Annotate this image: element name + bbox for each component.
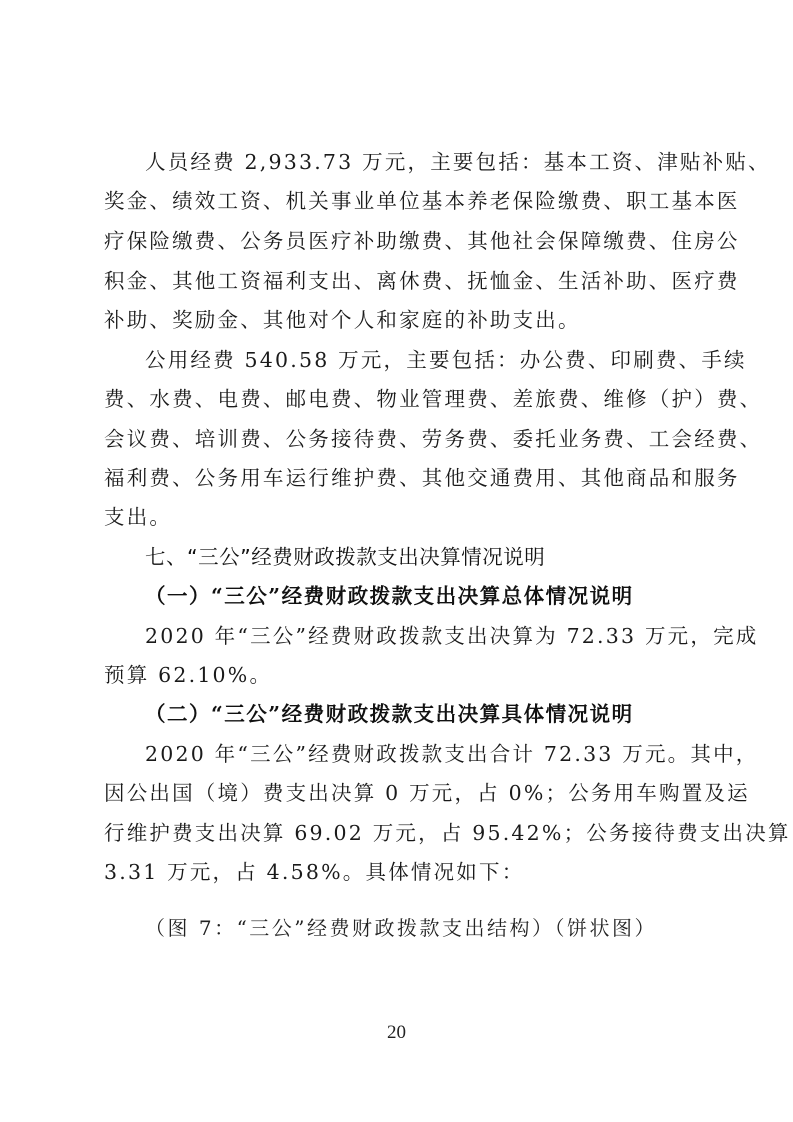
subsection-heading: （一）“三公”经费财政拨款支出决算总体情况说明 xyxy=(145,582,634,610)
text-line: 支出。 xyxy=(104,503,690,531)
text-line: 因公出国（境）费支出决算 0 万元，占 0%；公务用车购置及运 xyxy=(104,779,690,807)
text-line: 行维护费支出决算 69.02 万元，占 95.42%；公务接待费支出决算 xyxy=(104,819,690,847)
text-line: 积金、其他工资福利支出、离休费、抚恤金、生活补助、医疗费 xyxy=(104,267,690,295)
text-line: 2020 年“三公”经费财政拨款支出合计 72.33 万元。其中， xyxy=(145,740,690,768)
section-heading: 七、“三公”经费财政拨款支出决算情况说明 xyxy=(145,543,545,571)
text-line: 费、水费、电费、邮电费、物业管理费、差旅费、维修（护）费、 xyxy=(104,385,690,413)
text-line: 疗保险缴费、公务员医疗补助缴费、其他社会保障缴费、住房公 xyxy=(104,227,690,255)
text-line: 会议费、培训费、公务接待费、劳务费、委托业务费、工会经费、 xyxy=(104,425,690,453)
text-line: 福利费、公务用车运行维护费、其他交通费用、其他商品和服务 xyxy=(104,464,690,492)
figure-caption: （图 7：“三公”经费财政拨款支出结构）（饼状图） xyxy=(145,914,657,942)
text-line: 2020 年“三公”经费财政拨款支出决算为 72.33 万元，完成 xyxy=(145,622,690,650)
text-line: 公用经费 540.58 万元，主要包括：办公费、印刷费、手续 xyxy=(145,346,690,374)
text-line: 3.31 万元，占 4.58%。具体情况如下： xyxy=(104,858,690,886)
subsection-heading: （二）“三公”经费财政拨款支出决算具体情况说明 xyxy=(145,700,634,728)
text-line: 预算 62.10%。 xyxy=(104,661,690,689)
document-page: 人员经费 2,933.73 万元，主要包括：基本工资、津贴补贴、 奖金、绩效工资… xyxy=(0,0,793,1122)
text-line: 奖金、绩效工资、机关事业单位基本养老保险缴费、职工基本医 xyxy=(104,187,690,215)
text-line: 补助、奖励金、其他对个人和家庭的补助支出。 xyxy=(104,306,690,334)
text-line: 人员经费 2,933.73 万元，主要包括：基本工资、津贴补贴、 xyxy=(145,148,690,176)
page-number: 20 xyxy=(0,1021,793,1045)
